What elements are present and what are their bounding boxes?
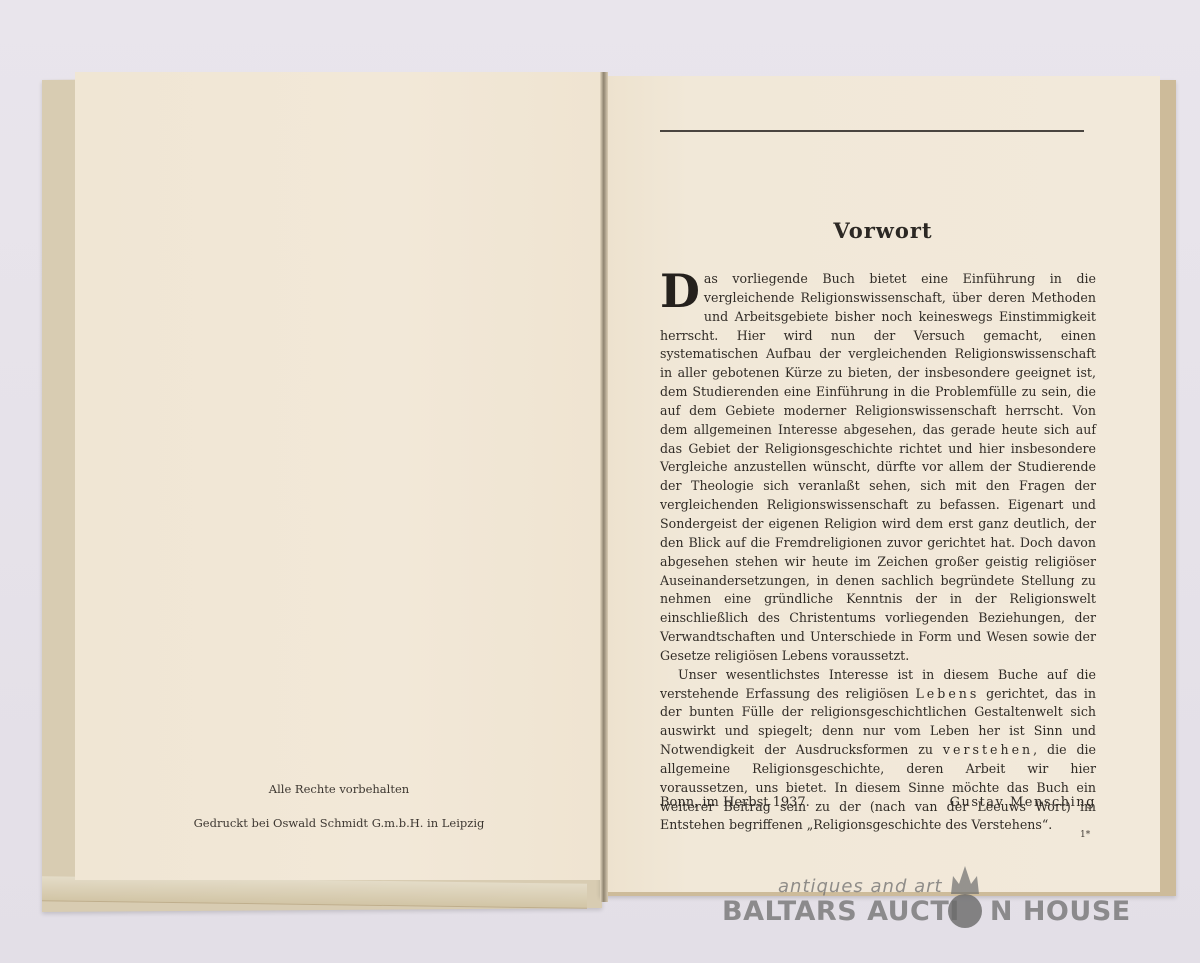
foreword-body: Das vorliegende Buch bietet eine Einführ… <box>660 270 1096 835</box>
signature-mark: 1* <box>1080 830 1090 840</box>
watermark-tagline: antiques and art <box>778 876 943 897</box>
author-signature: Gustav Mensching <box>948 795 1096 810</box>
foreword-paragraph-1: Das vorliegende Buch bietet eine Einführ… <box>660 270 1096 666</box>
book-gutter <box>600 72 608 902</box>
header-rule <box>660 130 1084 132</box>
watermark-name: BALTARS AUCTIN HOUSE <box>722 896 1131 927</box>
paragraph-1-text: as vorliegende Buch bietet eine Einführu… <box>660 271 1096 663</box>
printer-notice: Gedruckt bei Oswald Schmidt G.m.b.H. in … <box>75 816 603 830</box>
left-page <box>75 72 603 880</box>
watermark-name-part-2: N HOUSE <box>990 896 1131 927</box>
page-title: Vorwort <box>606 218 1160 243</box>
watermark-name-part-1: BALTARS AUCTI <box>722 896 960 927</box>
drop-cap: D <box>660 272 700 310</box>
emphasis-lebens: Lebens <box>915 686 979 701</box>
place-date: Bonn, im Herbst 1937. <box>660 795 810 810</box>
rights-notice: Alle Rechte vorbehalten <box>75 782 603 796</box>
crown-icon <box>947 864 983 894</box>
emphasis-verstehen: verstehen <box>943 742 1033 757</box>
